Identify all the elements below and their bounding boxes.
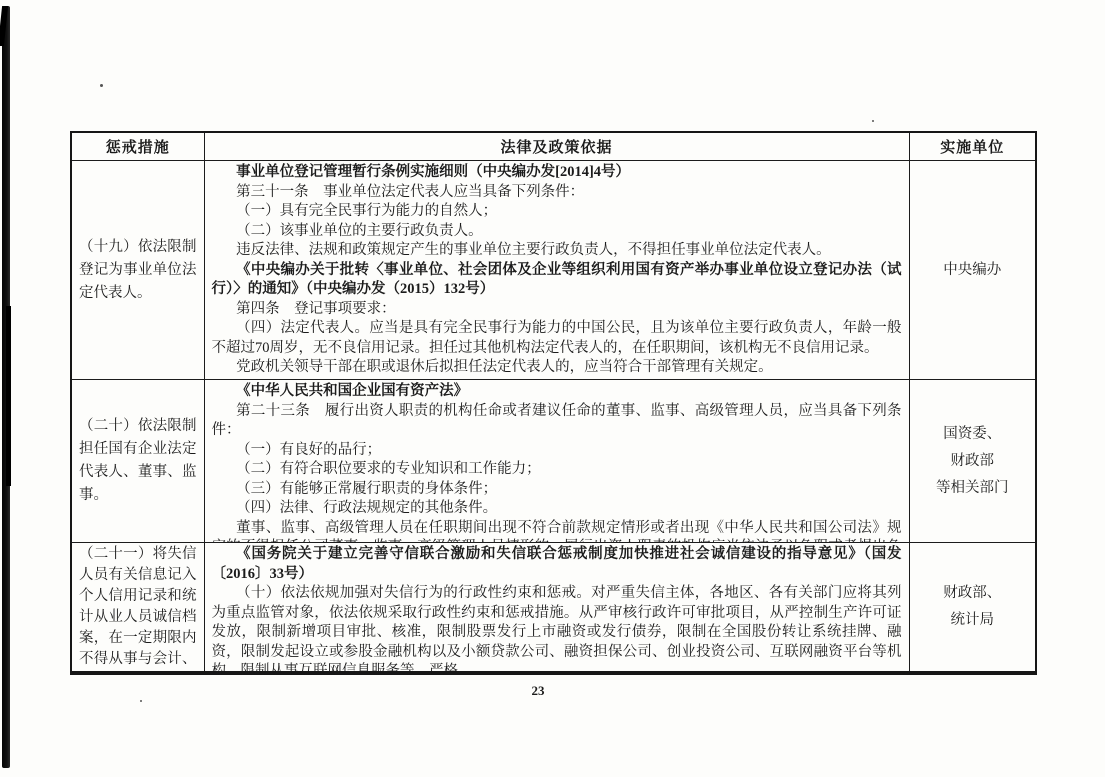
scanned-page: 惩戒措施 法律及政策依据 实施单位 （十九）依法限制登记为事业单位法定代表人。 … [0,0,1105,777]
measure-cell: （十九）依法限制登记为事业单位法定代表人。 [71,161,204,380]
table-row: （二十一）将失信人员有关信息记入个人信用记录和统计从业人员诚信档案，在一定期限内… [71,543,1036,674]
measure-text: （十九）依法限制登记为事业单位法定代表人。 [79,236,197,305]
table-row: （二十）依法限制担任国有企业法定代表人、董事、监事。 《中华人民共和国企业国有资… [71,380,1036,543]
legal-paragraph: 违反法律、法规和政策规定产生的事业单位主要行政负责人，不得担任事业单位法定代表人… [212,241,902,261]
legal-paragraph: 第二十三条 履行出资人职责的机构任命或者建议任命的董事、监事、高级管理人员，应当… [212,402,902,441]
column-header-legal-basis: 法律及政策依据 [204,132,909,161]
legal-paragraph: 董事、监事、高级管理人员在任职期间出现不符合前款规定情形或者出现《中华人民共和国… [212,519,902,543]
legal-paragraph: （一）有良好的品行； [212,441,902,461]
measure-cell: （二十）依法限制担任国有企业法定代表人、董事、监事。 [71,380,204,543]
legal-paragraph: （二）有符合职位要求的专业知识和工作能力； [212,460,902,480]
unit-line: 财政部 [951,448,995,475]
legal-basis-cell: 《中华人民共和国企业国有资产法》 第二十三条 履行出资人职责的机构任命或者建议任… [204,380,909,543]
law-title: 《中华人民共和国企业国有资产法》 [212,382,902,402]
table-row: （十九）依法限制登记为事业单位法定代表人。 事业单位登记管理暂行条例实施细则（中… [71,161,1036,380]
scan-artifact-left-edge [2,6,10,768]
scan-speck [100,84,103,87]
unit-line: 财政部、 [943,580,1001,607]
law-title: 《国务院关于建立完善守信联合激励和失信联合惩戒制度加快推进社会诚信建设的指导意见… [212,545,902,584]
legal-paragraph: 第四条 登记事项要求： [212,300,902,320]
page-number: 23 [508,683,568,699]
legal-paragraph: （二）该事业单位的主要行政负责人。 [212,222,902,242]
law-title: 事业单位登记管理暂行条例实施细则（中央编办发[2014]4号） [212,163,902,183]
legal-paragraph: （一）具有完全民事行为能力的自然人； [212,202,902,222]
implementing-unit-cell: 中央编办 [909,161,1036,380]
unit-line: 中央编办 [943,257,1001,284]
unit-line: 等相关部门 [936,475,1009,502]
law-title: 《中央编办关于批转〈事业单位、社会团体及企业等组织利用国有资产举办事业单位设立登… [212,261,902,300]
measure-text: （二十一）将失信人员有关信息记入个人信用记录和统计从业人员诚信档案，在一定期限内… [79,544,197,671]
legal-paragraph: （四）法定代表人。应当是具有完全民事行为能力的中国公民，且为该单位主要行政负责人… [212,319,902,358]
unit-line: 国资委、 [943,421,1001,448]
penalty-measures-table: 惩戒措施 法律及政策依据 实施单位 （十九）依法限制登记为事业单位法定代表人。 … [70,131,1037,675]
legal-paragraph: 第三十一条 事业单位法定代表人应当具备下列条件： [212,183,902,203]
legal-paragraph: （四）法律、行政法规规定的其他条件。 [212,499,902,519]
legal-paragraph: （三）有能够正常履行职责的身体条件； [212,480,902,500]
measure-text: （二十）依法限制担任国有企业法定代表人、董事、监事。 [79,415,197,507]
scan-speck [140,700,142,702]
table-header-row: 惩戒措施 法律及政策依据 实施单位 [71,132,1036,161]
implementing-unit-cell: 财政部、 统计局 [909,543,1036,674]
legal-basis-cell: 事业单位登记管理暂行条例实施细则（中央编办发[2014]4号） 第三十一条 事业… [204,161,909,380]
unit-line: 统计局 [951,607,995,634]
measure-cell: （二十一）将失信人员有关信息记入个人信用记录和统计从业人员诚信档案，在一定期限内… [71,543,204,674]
scan-speck [872,120,874,122]
column-header-unit: 实施单位 [909,132,1036,161]
legal-basis-cell: 《国务院关于建立完善守信联合激励和失信联合惩戒制度加快推进社会诚信建设的指导意见… [204,543,909,674]
implementing-unit-cell: 国资委、 财政部 等相关部门 [909,380,1036,543]
legal-paragraph: （十）依法依规加强对失信行为的行政性约束和惩戒。对严重失信主体，各地区、各有关部… [212,584,902,671]
column-header-measure: 惩戒措施 [71,132,204,161]
legal-paragraph: 党政机关领导干部在职或退休后拟担任法定代表人的，应当符合干部管理有关规定。 [212,358,902,378]
